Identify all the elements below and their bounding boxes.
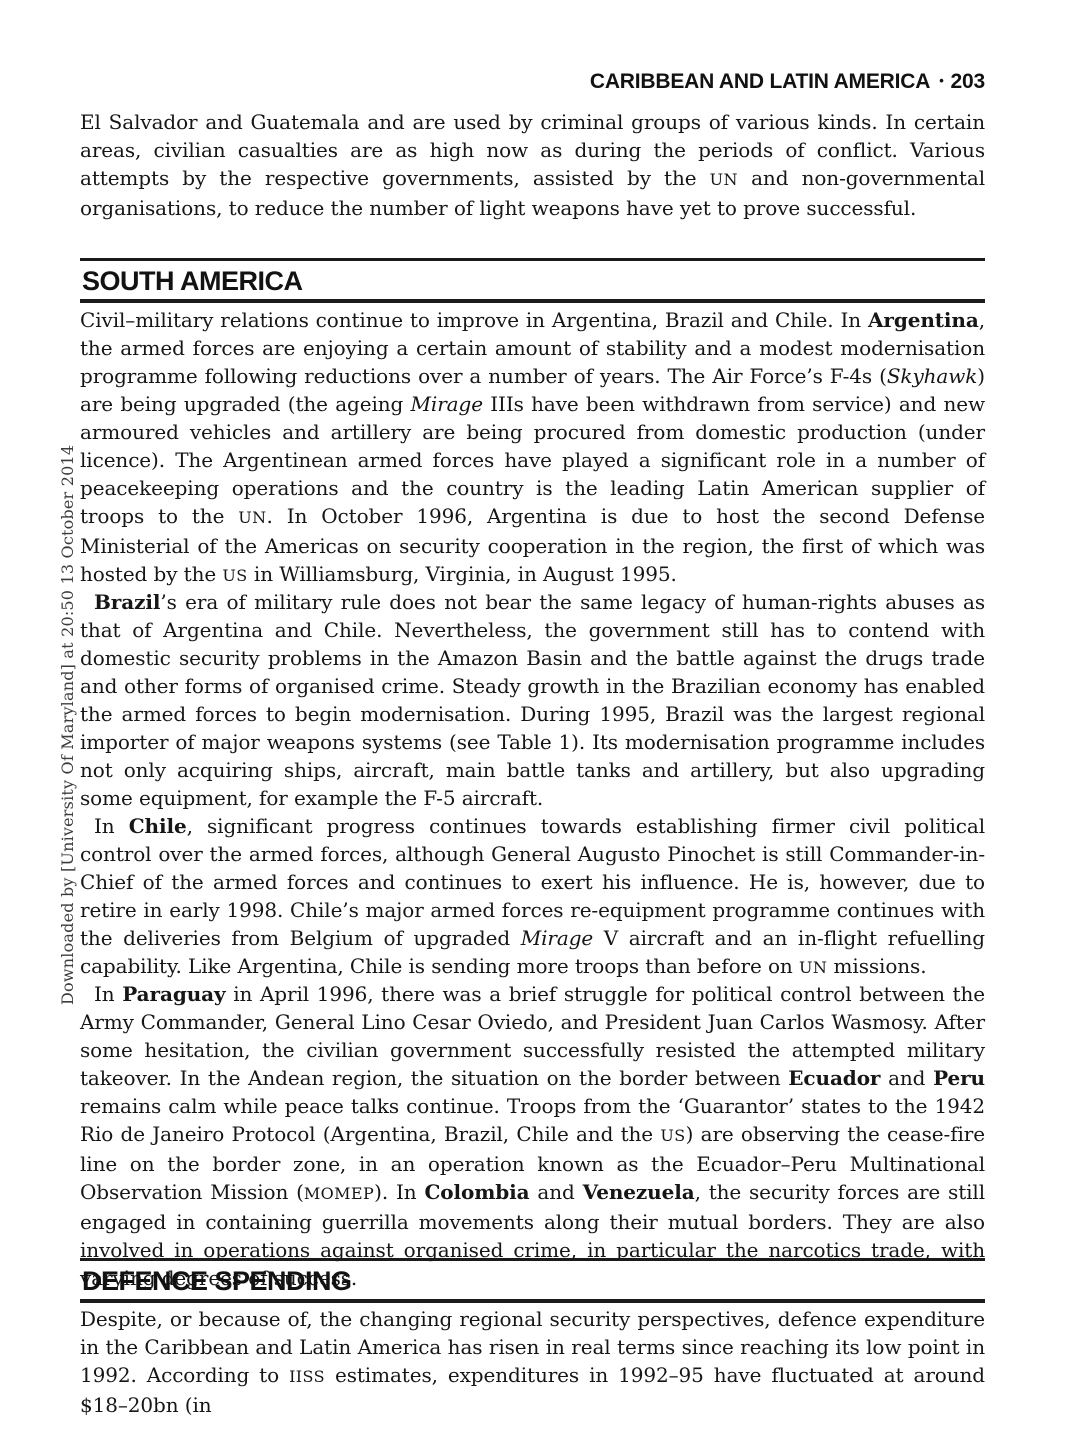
page-number: 203 (951, 70, 985, 93)
document-page: Downloaded by [University Of Maryland] a… (0, 0, 1075, 1435)
paragraph-defence-spending: Despite, or because of, the changing reg… (80, 1305, 985, 1419)
download-watermark: Downloaded by [University Of Maryland] a… (58, 445, 77, 1005)
paragraph-argentina: Civil–military relations continue to imp… (80, 306, 985, 590)
paragraph-paraguay-andean: In Paraguay in April 1996, there was a b… (80, 980, 985, 1292)
section-heading-south-america: SOUTH AMERICA (80, 258, 985, 303)
section-heading-defence-spending: DEFENCE SPENDING (80, 1258, 985, 1303)
bullet-separator-icon: • (939, 73, 943, 88)
running-header: CARIBBEAN AND LATIN AMERICA•203 (80, 70, 985, 94)
paragraph-brazil: Brazil’s era of military rule does not b… (80, 588, 985, 812)
lead-paragraph: El Salvador and Guatemala and are used b… (80, 108, 985, 222)
running-header-title: CARIBBEAN AND LATIN AMERICA (590, 70, 930, 93)
paragraph-chile: In Chile, significant progress continues… (80, 812, 985, 982)
